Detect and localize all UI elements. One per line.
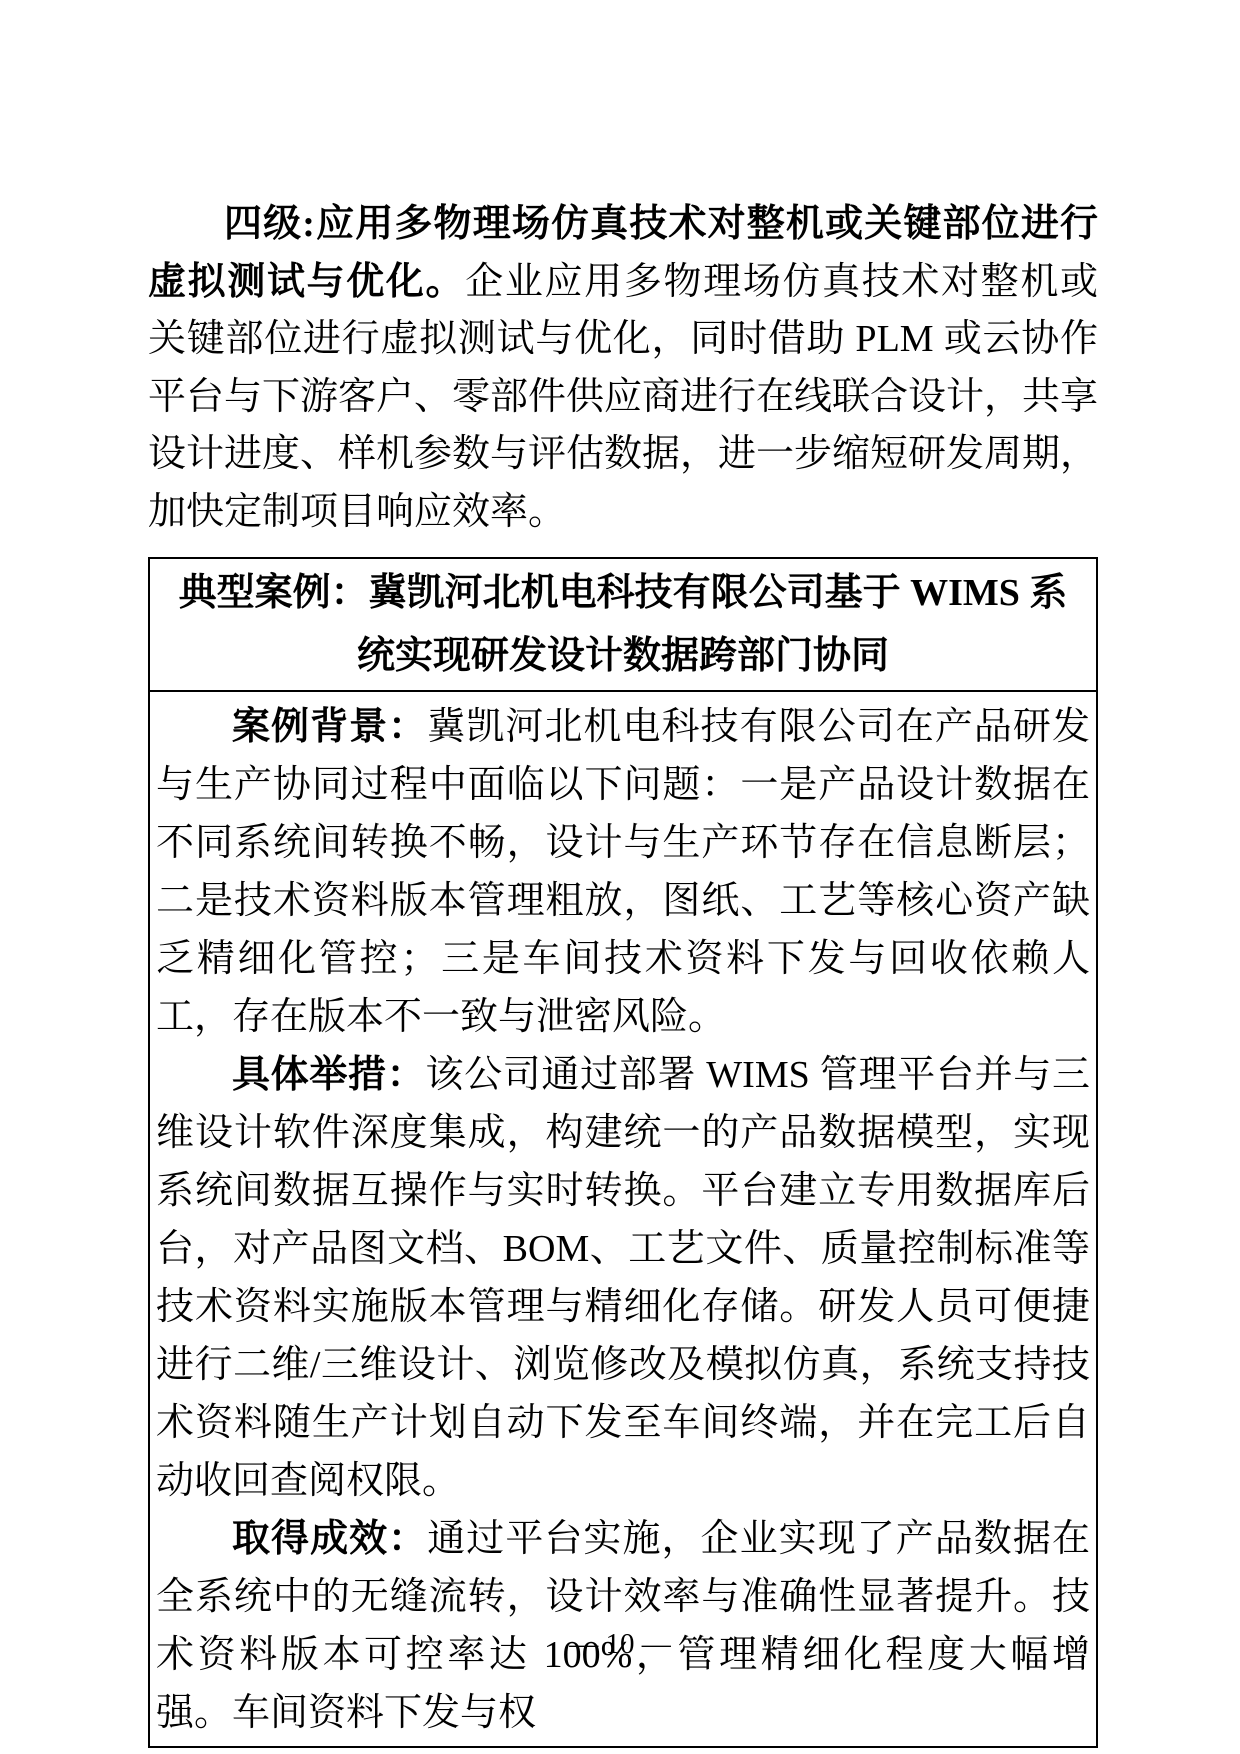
case-background-label: 案例背景： (232, 706, 427, 748)
intro-paragraph: 四级:应用多物理场仿真技术对整机或关键部位进行虚拟测试与优化。企业应用多物理场仿… (148, 196, 1098, 541)
case-section-measures: 具体举措：该公司通过部署 WIMS 管理平台并与三维设计软件深度集成，构建统一的… (156, 1046, 1090, 1510)
case-results-label: 取得成效： (232, 1518, 427, 1560)
page-content: 四级:应用多物理场仿真技术对整机或关键部位进行虚拟测试与优化。企业应用多物理场仿… (148, 196, 1098, 1748)
case-study-title: 典型案例：冀凯河北机电科技有限公司基于 WIMS 系统实现研发设计数据跨部门协同 (150, 559, 1096, 692)
page-number: — 10 — (0, 1626, 1240, 1662)
case-study-box: 典型案例：冀凯河北机电科技有限公司基于 WIMS 系统实现研发设计数据跨部门协同… (148, 557, 1098, 1748)
case-section-background: 案例背景：冀凯河北机电科技有限公司在产品研发与生产协同过程中面临以下问题：一是产… (156, 698, 1090, 1046)
case-background-text: 冀凯河北机电科技有限公司在产品研发与生产协同过程中面临以下问题：一是产品设计数据… (156, 706, 1090, 1038)
case-measures-label: 具体举措： (232, 1054, 425, 1096)
case-measures-text: 该公司通过部署 WIMS 管理平台并与三维设计软件深度集成，构建统一的产品数据模… (156, 1054, 1090, 1502)
document-page: 四级:应用多物理场仿真技术对整机或关键部位进行虚拟测试与优化。企业应用多物理场仿… (0, 0, 1240, 1754)
case-study-body: 案例背景：冀凯河北机电科技有限公司在产品研发与生产协同过程中面临以下问题：一是产… (150, 692, 1096, 1746)
